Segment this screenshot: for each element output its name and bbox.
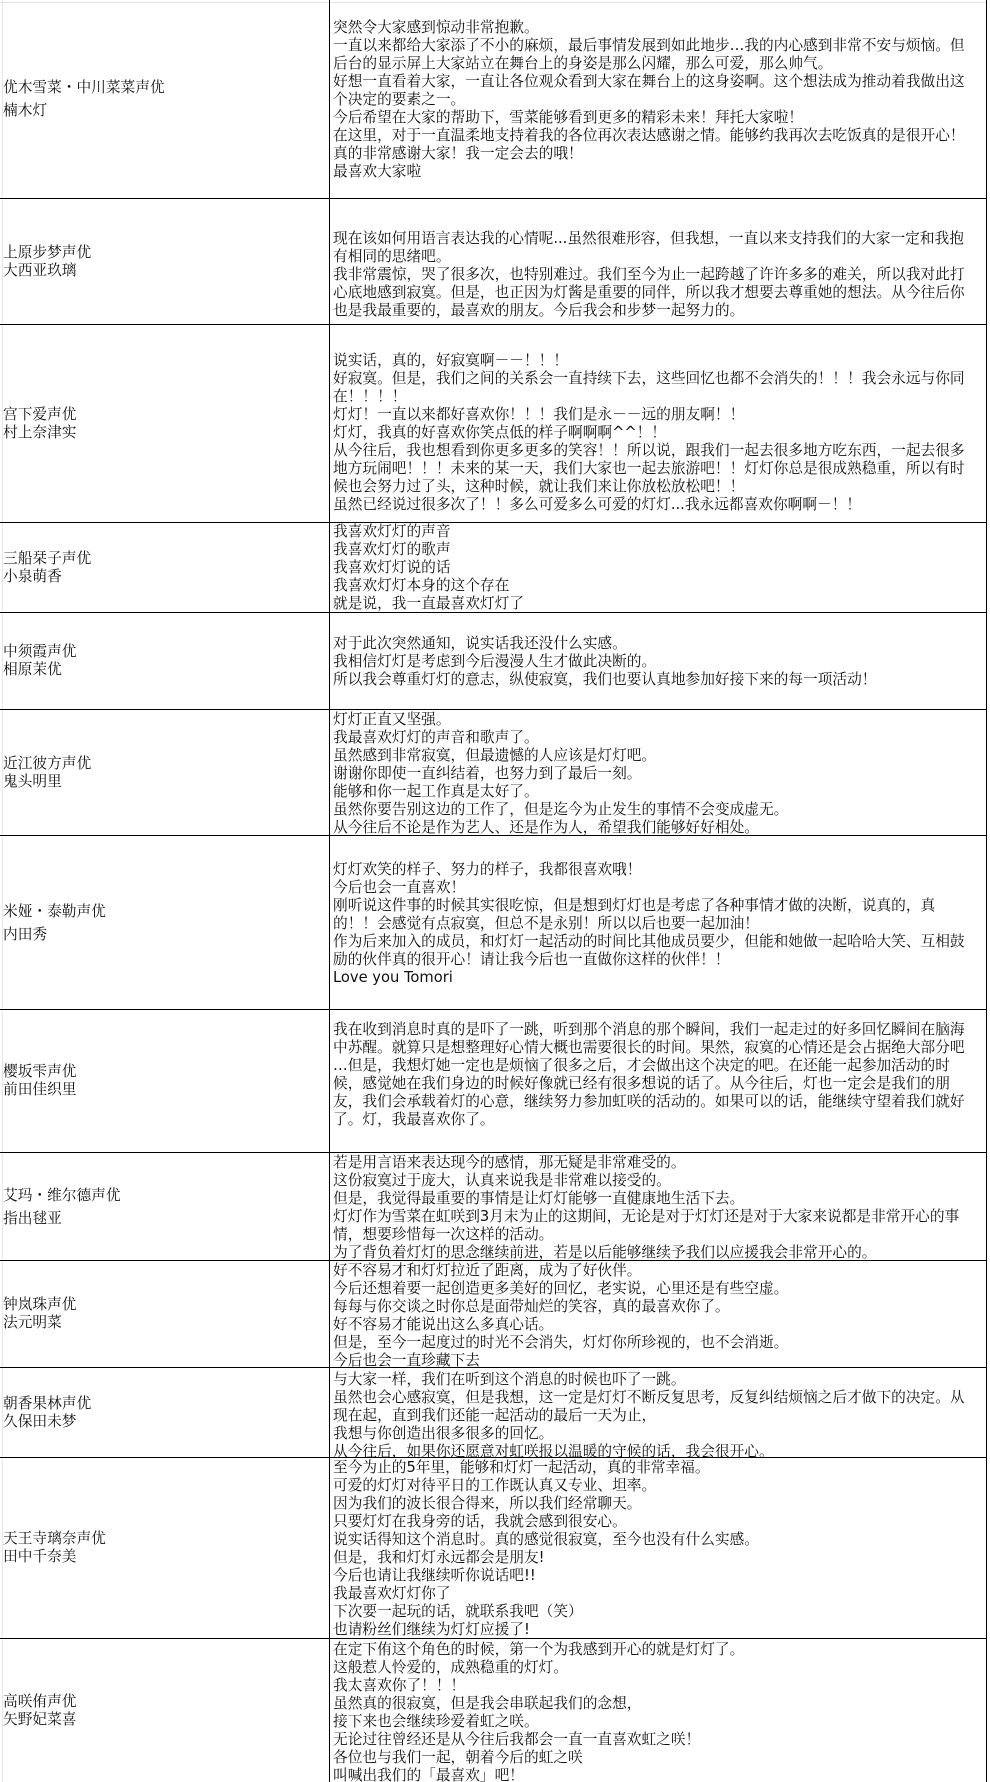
message-line: 我喜欢灯灯说的话 (333, 559, 986, 577)
message-line: 所以我会尊重灯灯的意志，纵使寂寞，我们也要认真地参加好接下来的每一项活动！ (333, 671, 986, 689)
message-line: 灯灯作为雪菜在虹咲到3月末为止的这期间，无论是对于灯灯还是对于大家来说都是非常开… (333, 1208, 986, 1226)
message-line: 好想一直看着大家，一直让各位观众看到大家在舞台上的这身姿啊。这个想法成为推动着我… (333, 73, 986, 91)
message-line: 我非常震惊，哭了很多次，也特别难过。我们至今为止一起跨越了许许多多的难关，所以我… (333, 266, 986, 284)
character-role: 宫下爱声优 (3, 406, 329, 424)
table-row: 钟岚珠声优法元明菜好不容易才和灯灯拉近了距离，成为了好伙伴。今后还想着要一起创造… (0, 1261, 986, 1368)
voice-actor-name: 指出毬亚 (3, 1207, 329, 1230)
message-line: 我最喜欢灯灯你了 (333, 1585, 986, 1603)
character-role: 米娅・泰勒声优 (3, 900, 329, 923)
table-row: 天王寺璃奈声优田中千奈美至今为止的5年里，能够和灯灯一起活动，真的非常幸福。可爱… (0, 1458, 986, 1639)
character-role: 朝香果林声优 (3, 1395, 329, 1413)
message-line: 我喜欢灯灯的声音 (333, 523, 986, 541)
message-line: 今后还想着要一起创造更多美好的回忆，老实说，心里还是有些空虚。 (333, 1280, 986, 1298)
message-line: 对于此次突然通知，说实话我还没什么实感。 (333, 635, 986, 653)
table-row: 近江彼方声优鬼头明里灯灯正直又坚强。我最喜欢灯灯的声音和歌声了。虽然感到非常寂寞… (0, 710, 986, 836)
speaker-cell: 朝香果林声优久保田未梦 (0, 1368, 330, 1457)
table-row: 朝香果林声优久保田未梦与大家一样，我们在听到这个消息的时候也吓了一跳。虽然也会心… (0, 1368, 986, 1458)
message-line: 好不容易才能说出这么多真心话。 (333, 1316, 986, 1334)
message-line: 说实话得知这个消息时。真的感觉很寂寞，至今也没有什么实感。 (333, 1531, 986, 1549)
message-line: 这般惹人怜爱的，成熟稳重的灯灯。 (333, 1659, 986, 1677)
message-line: 作为后来加入的成员，和灯灯一起活动的时间比其他成员要少，但能和她做一起哈哈大笑、… (333, 933, 986, 951)
message-line: Love you Tomori (333, 969, 986, 987)
message-line: 至今为止的5年里，能够和灯灯一起活动，真的非常幸福。 (333, 1459, 986, 1477)
voice-actor-name: 内田秀 (3, 923, 329, 946)
message-line: 灯灯！一直以来都好喜欢你！！！我们是永－－远的朋友啊！！ (333, 406, 986, 424)
message-line: 一直以来都给大家添了不小的麻烦，最后事情发展到如此地步…我的内心感到非常不安与烦… (333, 37, 986, 55)
voice-actor-name: 大西亚玖璃 (3, 262, 329, 280)
message-line: 若是用言语来表达现今的感情，那无疑是非常难受的。 (333, 1154, 986, 1172)
message-line: 现在起，直到我们还能一起活动的最后一天为止， (333, 1407, 986, 1425)
message-line: 好不容易才和灯灯拉近了距离，成为了好伙伴。 (333, 1262, 986, 1280)
message-line: 心底地感到寂寞。但是，也正因为灯酱是重要的同伴，所以我才想要去尊重她的想法。从今… (333, 284, 986, 302)
voice-actor-name: 小泉萌香 (3, 568, 329, 586)
message-line: 但是，我觉得最重要的事情是让灯灯能够一直健康地生活下去。 (333, 1190, 986, 1208)
message-table: 优木雪菜・中川菜菜声优楠木灯突然令大家感到惊动非常抱歉。一直以来都给大家添了不小… (0, 0, 987, 1782)
message-line: 个决定的要素之一。 (333, 91, 986, 109)
speaker-cell: 钟岚珠声优法元明菜 (0, 1261, 330, 1367)
message-line: 励的伙伴真的很开心！请让我今后也一直做你这样的伙伴！！ (333, 951, 986, 969)
speaker-cell: 上原步梦声优大西亚玖璃 (0, 199, 330, 324)
message-cell: 说实话，真的，好寂寞啊－－！！！好寂寞。但是，我们之间的关系会一直持续下去，这些… (330, 325, 986, 522)
message-cell: 我喜欢灯灯的声音我喜欢灯灯的歌声我喜欢灯灯说的话我喜欢灯灯本身的这个存在就是说，… (330, 523, 986, 612)
message-line: 现在该如何用语言表达我的心情呢...虽然很难形容，但我想，一直以来支持我们的大家… (333, 230, 986, 248)
speaker-cell: 艾玛・维尔德声优指出毬亚 (0, 1153, 330, 1260)
message-line: 地方玩闹吧！！！未来的某一天，我们大家也一起去旅游吧！！灯灯你总是很成熟稳重，所… (333, 460, 986, 478)
message-cell: 至今为止的5年里，能够和灯灯一起活动，真的非常幸福。可爱的灯灯对待平日的工作既认… (330, 1458, 986, 1638)
message-line: 在！！！！ (333, 388, 986, 406)
message-line: 无论过往曾经还是从今往后我都会一直一直喜欢虹之咲！ (333, 1731, 986, 1749)
message-line: 今后也会一直喜欢！ (333, 879, 986, 897)
character-role: 中须霞声优 (3, 643, 329, 661)
table-row: 高咲侑声优矢野妃菜喜在定下侑这个角色的时候，第一个为我感到开心的就是灯灯了。这般… (0, 1639, 986, 1782)
speaker-cell: 高咲侑声优矢野妃菜喜 (0, 1639, 330, 1782)
message-line: 我喜欢灯灯本身的这个存在 (333, 577, 986, 595)
voice-actor-name: 鬼头明里 (3, 773, 329, 791)
message-line: 每每与你交谈之时你总是面带灿烂的笑容，真的最喜欢你了。 (333, 1298, 986, 1316)
message-line: 我在收到消息时真的是吓了一跳，听到那个消息的那个瞬间，我们一起走过的好多回忆瞬间… (333, 1021, 986, 1039)
message-line: 能够和你一起工作真是太好了。 (333, 783, 986, 801)
table-row: 宫下爱声优村上奈津实说实话，真的，好寂寞啊－－！！！好寂寞。但是，我们之间的关系… (0, 325, 986, 523)
speaker-cell: 天王寺璃奈声优田中千奈美 (0, 1458, 330, 1638)
message-line: 可爱的灯灯对待平日的工作既认真又专业、坦率。 (333, 1477, 986, 1495)
table-row: 樱坂雫声优前田佳织里我在收到消息时真的是吓了一跳，听到那个消息的那个瞬间，我们一… (0, 1010, 986, 1153)
character-role: 上原步梦声优 (3, 244, 329, 262)
character-role: 优木雪菜・中川菜菜声优 (3, 76, 329, 99)
message-line: 的！！会感觉有点寂寞，但总不是永别！所以以后也要一起加油！ (333, 915, 986, 933)
message-line: 最喜欢大家啦 (333, 163, 986, 181)
message-line: 也是我最重要的，最喜欢的朋友。今后我会和步梦一起努力的。 (333, 302, 986, 320)
speaker-cell: 米娅・泰勒声优内田秀 (0, 836, 330, 1009)
message-cell: 突然令大家感到惊动非常抱歉。一直以来都给大家添了不小的麻烦，最后事情发展到如此地… (330, 0, 986, 198)
message-line: 在定下侑这个角色的时候，第一个为我感到开心的就是灯灯了。 (333, 1641, 986, 1659)
table-row: 上原步梦声优大西亚玖璃现在该如何用语言表达我的心情呢...虽然很难形容，但我想，… (0, 199, 986, 325)
character-role: 樱坂雫声优 (3, 1063, 329, 1081)
table-row: 艾玛・维尔德声优指出毬亚若是用言语来表达现今的感情，那无疑是非常难受的。这份寂寞… (0, 1153, 986, 1261)
message-line: 了。灯，我最喜欢你了。 (333, 1111, 986, 1129)
message-line: 为了背负着灯灯的思念继续前进，若是以后能够继续予我们以应援我会非常开心的。 (333, 1244, 986, 1260)
message-line: 从今往后，我也想看到你更多更多的笑容！！所以说，跟我们一起去很多地方吃东西，一起… (333, 442, 986, 460)
speaker-cell: 优木雪菜・中川菜菜声优楠木灯 (0, 0, 330, 198)
message-line: 叫喊出我们的「最喜欢」吧！ (333, 1767, 986, 1782)
message-line: 谢谢你即使一直纠结着，也努力到了最后一刻。 (333, 765, 986, 783)
message-line: 各位也与我们一起，朝着今后的虹之咲 (333, 1749, 986, 1767)
message-line: 但是，至今一起度过的时光不会消失，灯灯你所珍视的，也不会消逝。 (333, 1334, 986, 1352)
message-line: 我喜欢灯灯的歌声 (333, 541, 986, 559)
voice-actor-name: 相原茉优 (3, 661, 329, 679)
speaker-cell: 中须霞声优相原茉优 (0, 613, 330, 709)
message-cell: 好不容易才和灯灯拉近了距离，成为了好伙伴。今后还想着要一起创造更多美好的回忆，老… (330, 1261, 986, 1367)
speaker-cell: 樱坂雫声优前田佳织里 (0, 1010, 330, 1152)
table-row: 优木雪菜・中川菜菜声优楠木灯突然令大家感到惊动非常抱歉。一直以来都给大家添了不小… (0, 0, 986, 199)
character-role: 钟岚珠声优 (3, 1296, 329, 1314)
character-role: 艾玛・维尔德声优 (3, 1184, 329, 1207)
message-line: 有相同的思绪吧。 (333, 248, 986, 266)
message-line: 我最喜欢灯灯的声音和歌声了。 (333, 729, 986, 747)
message-line: 友，我们会承载着灯的心意，继续努力参加虹咲的活动的。如果可以的话，能继续守望着我… (333, 1093, 986, 1111)
message-line: 好寂寞。但是，我们之间的关系会一直持续下去，这些回忆也都不会消失的！！！我会永远… (333, 370, 986, 388)
voice-actor-name: 田中千奈美 (3, 1548, 329, 1566)
speaker-cell: 三船栞子声优小泉萌香 (0, 523, 330, 612)
character-role: 三船栞子声优 (3, 550, 329, 568)
message-line: 突然令大家感到惊动非常抱歉。 (333, 19, 986, 37)
voice-actor-name: 矢野妃菜喜 (3, 1711, 329, 1729)
message-line: 与大家一样，我们在听到这个消息的时候也吓了一跳。 (333, 1371, 986, 1389)
voice-actor-name: 楠木灯 (3, 99, 329, 122)
voice-actor-name: 法元明菜 (3, 1314, 329, 1332)
message-line: 灯灯正直又坚强。 (333, 711, 986, 729)
character-role: 近江彼方声优 (3, 755, 329, 773)
message-line: 接下来也会继续珍爱着虹之咲。 (333, 1713, 986, 1731)
message-cell: 现在该如何用语言表达我的心情呢...虽然很难形容，但我想，一直以来支持我们的大家… (330, 199, 986, 324)
message-cell: 与大家一样，我们在听到这个消息的时候也吓了一跳。虽然也会心感寂寞，但是我想，这一… (330, 1368, 986, 1457)
message-line: 虽然真的很寂寞，但是我会串联起我们的念想， (333, 1695, 986, 1713)
table-row: 中须霞声优相原茉优对于此次突然通知，说实话我还没什么实感。我相信灯灯是考虑到今后… (0, 613, 986, 710)
voice-actor-name: 村上奈津实 (3, 424, 329, 442)
message-line: 我相信灯灯是考虑到今后漫漫人生才做此决断的。 (333, 653, 986, 671)
message-line: 我想与你创造出很多很多的回忆。 (333, 1425, 986, 1443)
message-line: 候，感觉她在我们身边的时候好像就已经有很多想说的话了。从今往后，灯也一定会是我们… (333, 1075, 986, 1093)
message-line: 我太喜欢你了！！！ (333, 1677, 986, 1695)
message-cell: 灯灯欢笑的样子、努力的样子，我都很喜欢哦！今后也会一直喜欢！刚听说这件事的时候其… (330, 836, 986, 1009)
message-line: 也请粉丝们继续为灯灯应援了! (333, 1621, 986, 1638)
message-cell: 灯灯正直又坚强。我最喜欢灯灯的声音和歌声了。虽然感到非常寂寞，但最遗憾的人应该是… (330, 710, 986, 835)
message-line: 情，想要珍惜每一次这样的活动。 (333, 1226, 986, 1244)
voice-actor-name: 前田佳织里 (3, 1081, 329, 1099)
table-row: 米娅・泰勒声优内田秀灯灯欢笑的样子、努力的样子，我都很喜欢哦！今后也会一直喜欢！… (0, 836, 986, 1010)
message-line: 在这里，对于一直温柔地支持着我的各位再次表达感谢之情。能够约我再次去吃饭真的是很… (333, 127, 986, 145)
message-line: 灯灯欢笑的样子、努力的样子，我都很喜欢哦！ (333, 861, 986, 879)
message-cell: 在定下侑这个角色的时候，第一个为我感到开心的就是灯灯了。这般惹人怜爱的，成熟稳重… (330, 1639, 986, 1782)
message-cell: 我在收到消息时真的是吓了一跳，听到那个消息的那个瞬间，我们一起走过的好多回忆瞬间… (330, 1010, 986, 1152)
message-line: 虽然感到非常寂寞，但最遗憾的人应该是灯灯吧。 (333, 747, 986, 765)
message-cell: 对于此次突然通知，说实话我还没什么实感。我相信灯灯是考虑到今后漫漫人生才做此决断… (330, 613, 986, 709)
message-line: 后台的显示屏上大家站立在舞台上的身姿是那么闪耀，那么可爱，那么帅气。 (333, 55, 986, 73)
message-line: 今后也会一直珍藏下去 (333, 1352, 986, 1367)
message-cell: 若是用言语来表达现今的感情，那无疑是非常难受的。这份寂寞过于庞大，认真来说我是非… (330, 1153, 986, 1260)
table-row: 三船栞子声优小泉萌香我喜欢灯灯的声音我喜欢灯灯的歌声我喜欢灯灯说的话我喜欢灯灯本… (0, 523, 986, 613)
message-line: 就是说，我一直最喜欢灯灯了 (333, 595, 986, 612)
message-line: 虽然也会心感寂寞，但是我想，这一定是灯灯不断反复思考，反复纠结烦恼之后才做下的决… (333, 1389, 986, 1407)
message-line: 虽然已经说过很多次了！！多么可爱多么可爱的灯灯...我永远都喜欢你啊啊－！！ (333, 496, 986, 514)
message-line: 灯灯，我真的好喜欢你笑点低的样子啊啊啊^^！！ (333, 424, 986, 442)
message-line: 真的非常感谢大家！我一定会去的哦！ (333, 145, 986, 163)
message-line: 说实话，真的，好寂寞啊－－！！！ (333, 352, 986, 370)
message-line: 下次要一起玩的话，就联系我吧（笑） (333, 1603, 986, 1621)
message-line: 从今往后不论是作为艺人、还是作为人，希望我们能够好好相处。 (333, 819, 986, 835)
message-line: 这份寂寞过于庞大，认真来说我是非常难以接受的。 (333, 1172, 986, 1190)
character-role: 高咲侑声优 (3, 1693, 329, 1711)
message-line: 从今往后，如果你还愿意对虹咲报以温暖的守候的话，我会很开心。 (333, 1443, 986, 1457)
speaker-cell: 宫下爱声优村上奈津实 (0, 325, 330, 522)
message-line: 刚听说这件事的时候其实很吃惊，但是想到灯灯也是考虑了各种事情才做的决断，说真的，… (333, 897, 986, 915)
message-line: 今后希望在大家的帮助下，雪菜能够看到更多的精彩未来！拜托大家啦！ (333, 109, 986, 127)
message-line: …但是，我想灯她一定也是烦恼了很多之后，才会做出这个决定的吧。在还能一起参加活动… (333, 1057, 986, 1075)
voice-actor-name: 久保田未梦 (3, 1413, 329, 1431)
message-line: 中苏醒。就算只是想整理好心情大概也需要很长的时间。果然，寂寞的心情还是会占据绝大… (333, 1039, 986, 1057)
message-line: 因为我们的波长很合得来，所以我们经常聊天。 (333, 1495, 986, 1513)
message-line: 虽然你要告别这边的工作了，但是迄今为止发生的事情不会变成虚无。 (333, 801, 986, 819)
message-line: 今后也请让我继续听你说话吧!! (333, 1567, 986, 1585)
character-role: 天王寺璃奈声优 (3, 1530, 329, 1548)
message-line: 但是，我和灯灯永远都会是朋友! (333, 1549, 986, 1567)
speaker-cell: 近江彼方声优鬼头明里 (0, 710, 330, 835)
message-line: 候也会努力过了头，这种时候，就让我们来让你放松放松吧！！ (333, 478, 986, 496)
message-line: 只要灯灯在我身旁的话，我就会感到很安心。 (333, 1513, 986, 1531)
